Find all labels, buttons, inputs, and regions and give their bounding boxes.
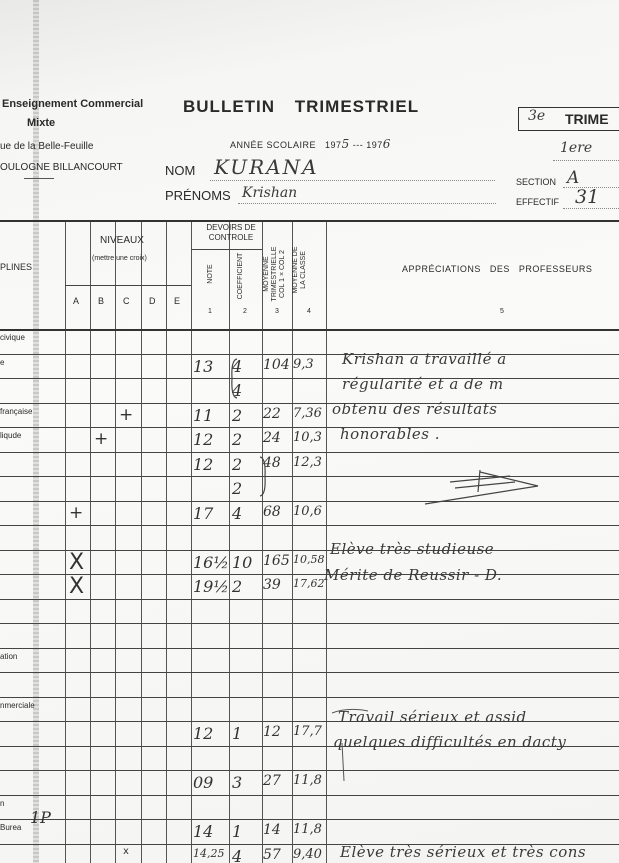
brace-mark [259,456,267,497]
subject-label: e [0,358,4,367]
school-year: ANNÉE SCOLAIRE 1975 --- 1976 [230,137,391,151]
arrow-annotation [420,462,550,507]
class-value: 1ere [560,140,592,156]
teacher-comment: Elève très sérieux et très cons [340,843,586,861]
row-rule [0,599,619,600]
devoirs-header: DEVOIRS DE CONTROLE [198,223,264,243]
teacher-comment: Krishan a travaillé a [342,350,507,368]
moyenne-trimestrielle-value: 39 [263,577,281,593]
moyenne-classe-value: 9,3 [293,357,314,372]
year-start-hand: 5 [342,137,350,151]
brace-mark [230,358,238,399]
level-col-b: B [98,296,104,306]
coefficient-value: 2 [232,577,242,596]
level-mark: + [94,429,108,449]
level-col-a: A [73,296,79,306]
school-street: ue de la Belle-Feuille [0,141,93,152]
row-rule [0,427,619,428]
coefficient-value: 3 [232,773,242,792]
moyenne-trimestrielle-value: 68 [263,504,281,520]
moyenne-trimestrielle-value: 165 [263,553,290,569]
nom-value: KURANA [214,155,319,179]
coefficient-value: 1 [232,724,242,743]
moyenne-classe-value: 12,3 [293,455,322,470]
table-top-rule [0,220,619,222]
row-rule [0,378,619,379]
column-number: 5 [500,308,504,315]
moyenne-classe-value: 11,8 [293,822,322,837]
school-name: Enseignement Commercial [2,98,143,110]
level-col-d: D [149,296,156,306]
coefficient-value: 10 [232,553,252,572]
year-separator: --- [353,140,364,150]
note-value: 12 [193,724,213,743]
subject-label: nmerciale [0,701,35,710]
appreciations-header: APPRÉCIATIONS DES PROFESSEURS [402,264,592,274]
coefficient-value: 2 [232,406,242,425]
note-value: 14,25 [193,847,225,860]
teacher-comment: obtenu des résultats [332,400,497,418]
moyenne-trimestrielle-value: 12 [263,724,281,740]
teacher-comment: Mérite de Reussir - D. [324,566,502,584]
column-rule [141,220,142,863]
level-mark: x [123,846,129,857]
year-end-printed: 197 [366,140,383,150]
level-mark: X [69,550,84,575]
moyenne-trimestrielle-value: 57 [263,847,281,863]
column-number: 4 [307,308,311,315]
column-rule [115,220,116,863]
column-number: 2 [243,308,247,315]
class-dotted-line [553,160,619,161]
note-value: 17 [193,504,213,523]
row-rule [0,697,619,698]
moyenne-classe-value: 17,7 [293,724,322,739]
moyenne-trimestrielle-value: 14 [263,822,281,838]
niveaux-sub-rule [65,285,191,286]
level-mark: X [69,574,84,599]
moy-trim-col-header: MOYENNE TRIMESTRIELLE COL 1 × COL 2 [263,243,287,305]
disciplines-header: PLINES [0,262,32,272]
school-year-label: ANNÉE SCOLAIRE [230,140,316,150]
effectif-label: EFFECTIF [516,197,559,207]
school-divider [24,178,54,179]
teacher-comment: régularité et a de m [342,375,504,393]
page-fold-crease [33,0,39,863]
school-city: OULOGNE BILLANCOURT [0,162,123,173]
header-bottom-rule [0,329,619,331]
note-value: 19½ [193,577,229,596]
moyenne-trimestrielle-value: 104 [263,357,290,373]
row-rule [0,623,619,624]
row-rule [0,550,619,551]
moyenne-classe-value: 17,62 [293,577,325,590]
row-rule [0,819,619,820]
teacher-comment: Travail sérieux et assid [338,708,527,726]
column-rule [65,220,66,863]
row-rule [0,452,619,453]
document-title: BULLETIN TRIMESTRIEL [183,97,419,117]
column-rule [229,220,230,863]
row-rule [0,403,619,404]
moyenne-classe-value: 10,6 [293,504,322,519]
subject-label: liqude [0,431,21,440]
note-col-header: NOTE [207,259,215,289]
coefficient-value: 4 [232,504,242,523]
section-value: A [567,168,579,188]
prenoms-label: PRÉNOMS [165,188,231,203]
column-rule [326,220,327,863]
moyenne-trimestrielle-value: 22 [263,406,281,422]
level-mark: + [69,503,83,523]
moyenne-classe-value: 11,8 [293,773,322,788]
row-rule [0,525,619,526]
section-label: SECTION [516,177,556,187]
subject-label: Burea [0,823,21,832]
row-rule [0,770,619,771]
level-col-e: E [174,296,180,306]
subject-label: ation [0,652,17,661]
coefficient-value: 2 [232,479,242,498]
row-rule [0,354,619,355]
nom-label: NOM [165,163,195,178]
nom-dotted-line [210,180,495,181]
column-rule [292,220,293,863]
row-rule [0,672,619,673]
note-value: 16½ [193,553,229,572]
note-value: 09 [193,773,213,792]
trimestre-label: TRIME [565,111,609,127]
prenoms-value: Krishan [242,185,297,201]
coefficient-value: 4 [232,847,242,863]
margin-note: 1P [30,808,51,827]
note-value: 13 [193,357,213,376]
column-rule [191,220,192,863]
column-rule [90,220,91,863]
note-value: 12 [193,430,213,449]
effectif-value: 31 [575,186,599,208]
row-rule [0,574,619,575]
row-rule [0,795,619,796]
note-value: 12 [193,455,213,474]
teacher-comment: honorables . [340,425,440,443]
moyenne-classe-value: 9,40 [293,847,322,862]
subject-label: civique [0,333,25,342]
column-rule [262,220,263,863]
column-rule [166,220,167,863]
level-col-c: C [123,296,130,306]
school-type: Mixte [27,117,55,129]
row-rule [0,648,619,649]
coef-col-header: COEFFICIENT [237,248,245,304]
subject-label: française [0,407,32,416]
teacher-comment: Elève très studieuse [330,540,494,558]
moyenne-classe-value: 10,3 [293,430,322,445]
moyenne-classe-value: 10,58 [293,553,325,566]
prenoms-dotted-line [238,203,496,204]
coefficient-value: 1 [232,822,242,841]
moyenne-trimestrielle-value: 27 [263,773,281,789]
note-value: 11 [193,406,213,425]
subject-label: n [0,799,4,808]
coefficient-value: 2 [232,455,242,474]
trimestre-value: 3e [528,108,545,124]
column-number: 1 [208,308,212,315]
moyenne-trimestrielle-value: 24 [263,430,281,446]
coefficient-value: 2 [232,430,242,449]
moy-classe-col-header: MOYENNE DE LA CLASSE [292,242,308,298]
niveaux-header: NIVEAUX [100,235,144,246]
level-mark: + [119,405,133,425]
column-number: 3 [275,308,279,315]
year-end-hand: 6 [383,137,391,151]
niveaux-subheader: (mettre une croix) [92,255,147,262]
devoirs-sub-rule [191,249,262,250]
moyenne-classe-value: 7,36 [293,406,322,421]
note-value: 14 [193,822,213,841]
effectif-dotted-line [563,208,619,209]
teacher-comment: quelques difficultés en dacty [333,733,566,751]
year-start-printed: 197 [325,140,342,150]
